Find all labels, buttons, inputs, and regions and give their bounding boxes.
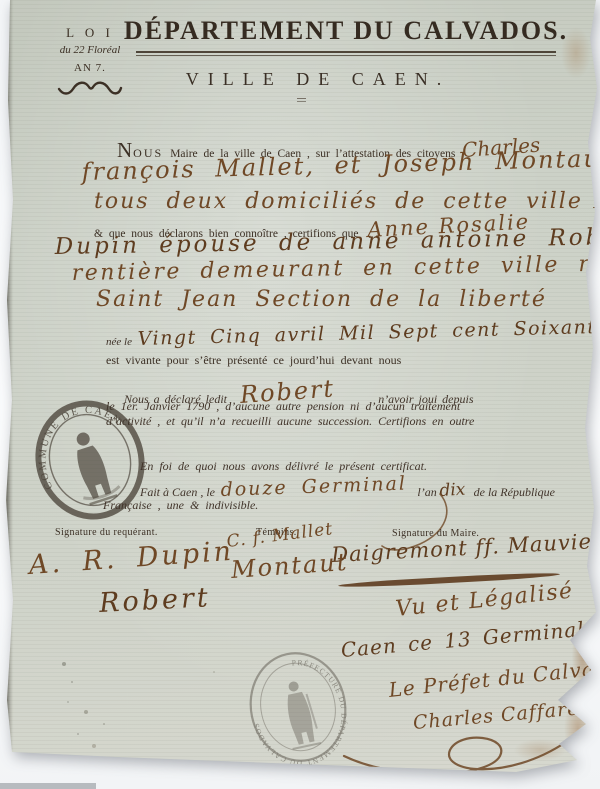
birthdate-line: née le Vingt Cinq avril Mil Sept cent So…	[106, 328, 600, 350]
photograph-of-document: L O I du 22 Floréal AN 7. DÉPARTEMENT DU…	[0, 0, 600, 789]
pen-line-filler	[593, 206, 600, 208]
document-title: DÉPARTEMENT DU CALVADOS.	[122, 16, 570, 46]
declaration-line-3: d’activité , et qu’il n’a recueilli aucu…	[106, 414, 474, 429]
legalisation-date: Caen ce 13 Germinal an 10.	[340, 609, 600, 662]
republique-line: Française , une & indivisible.	[103, 498, 258, 513]
photo-edge-object	[0, 783, 96, 789]
paper-shadow-wrap: L O I du 22 Floréal AN 7. DÉPARTEMENT DU…	[0, 0, 600, 789]
printed-text: de la République	[474, 485, 555, 500]
handwritten-line: Saint Jean Section de la liberté	[96, 287, 547, 312]
ornament-squiggle-icon	[56, 78, 124, 98]
vu-et-legalise: Vu et Légalisé	[394, 578, 574, 622]
printed-line: est vivante pour s’être présenté ce jour…	[106, 353, 401, 368]
printed-text: née le	[106, 336, 132, 348]
signature-requerant-dupin: A. R. Dupin	[28, 536, 235, 581]
document-subtitle: VILLE DE CAEN.	[122, 69, 514, 90]
handwritten-date: Vingt Cinq avril Mil Sept cent Soixante …	[137, 314, 600, 350]
label-signature-requerant: Signature du requérant.	[55, 527, 158, 538]
law-note-line3: AN 7.	[52, 62, 128, 74]
signature-temoin-montaut: Montaut	[230, 548, 349, 584]
signature-requerant-robert: Robert	[98, 582, 211, 619]
prefet-title-line: Le Préfet du Calvados.	[387, 652, 600, 702]
certification-line: En foi de quoi nous avons délivré le pré…	[140, 459, 427, 474]
paper-torn-left-edge	[6, 0, 13, 750]
signature-temoin-mallet: C. f. Mallet	[226, 519, 335, 552]
ornament-mark	[297, 98, 306, 102]
law-note-line1: L O I	[52, 25, 128, 41]
law-note-line2: du 22 Floréal	[52, 44, 128, 56]
prefet-paraph-flourish	[338, 726, 573, 784]
title-double-rule	[136, 51, 556, 56]
foxing-specks	[62, 662, 66, 666]
law-reference-note: L O I du 22 Floréal AN 7.	[52, 25, 128, 103]
document-paper: L O I du 22 Floréal AN 7. DÉPARTEMENT DU…	[0, 0, 600, 789]
declaration-line-2: le 1er. Janvier 1790 , d’aucune autre pe…	[106, 399, 460, 414]
